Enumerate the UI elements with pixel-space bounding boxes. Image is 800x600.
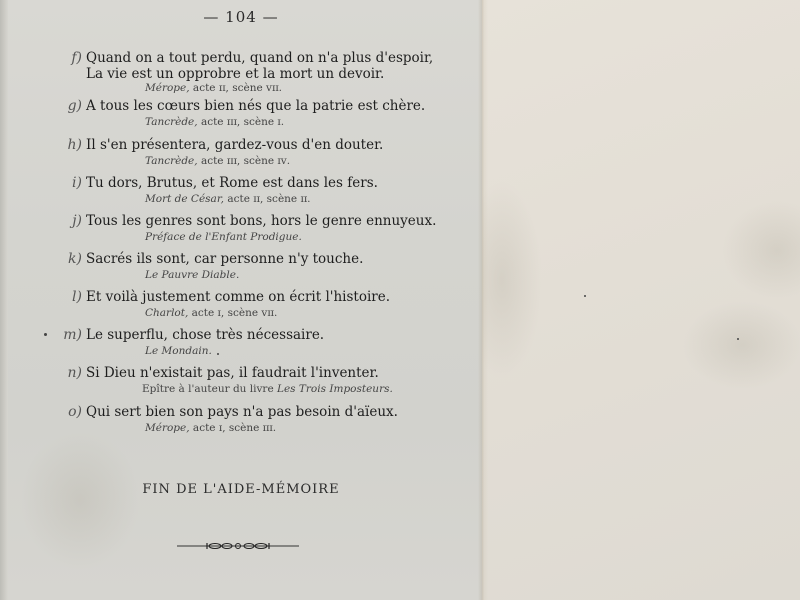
quote-text: Le superflu, chose très nécessaire. <box>86 327 324 343</box>
quote-text: A tous les cœurs bien nés que la patrie … <box>86 98 425 114</box>
paper-stain <box>722 200 800 300</box>
ink-speck <box>737 338 739 340</box>
work-title: Charlot, <box>145 307 188 319</box>
quote-line: Tous les genres sont bons, hors le genre… <box>86 213 436 229</box>
book-gutter <box>478 0 488 600</box>
quote-text: Sacrés ils sont, car personne n'y touche… <box>86 251 363 267</box>
work-title: Mérope, <box>145 422 190 434</box>
ornament-divider-icon <box>177 541 299 551</box>
entry-label: i) <box>60 175 82 191</box>
paper-stain <box>682 300 800 390</box>
entry-label: h) <box>60 137 82 153</box>
quote-line: La vie est un opprobre et la mort un dev… <box>86 66 433 82</box>
quote-source: Mort de César, acte ɪɪ, scène ɪɪ. <box>145 193 311 205</box>
work-title: Le Mondain. <box>145 345 212 357</box>
quote-text: Si Dieu n'existait pas, il faudrait l'in… <box>86 365 379 381</box>
left-page: — 104 — f) Quand on a tout perdu, quand … <box>0 0 482 600</box>
entry-label: o) <box>60 404 82 420</box>
quote-source: Préface de l'Enfant Prodigue. <box>145 231 302 243</box>
quote-line: Il s'en présentera, gardez-vous d'en dou… <box>86 137 383 153</box>
quote-line: Qui sert bien son pays n'a pas besoin d'… <box>86 404 398 420</box>
quote-line: Et voilà justement comme on écrit l'hist… <box>86 289 390 305</box>
ink-speck <box>44 333 47 336</box>
quote-text: Et voilà justement comme on écrit l'hist… <box>86 289 390 305</box>
book-spread: — 104 — f) Quand on a tout perdu, quand … <box>0 0 800 600</box>
entry-label: l) <box>60 289 82 305</box>
quote-line: Quand on a tout perdu, quand on n'a plus… <box>86 50 433 66</box>
page-edge-shadow <box>0 0 8 600</box>
quote-source: Epître à l'auteur du livre Les Trois Imp… <box>142 383 393 395</box>
act-scene: acte ɪɪ, scène ɪɪ. <box>224 193 311 205</box>
work-title: Tancrède, <box>145 116 198 128</box>
act-scene: acte ɪ, scène ɪɪɪ. <box>190 422 277 434</box>
paper-stain <box>20 430 140 570</box>
page-number: — 104 — <box>0 8 482 26</box>
quote-source: Mérope, acte ɪ, scène ɪɪɪ. <box>145 422 276 434</box>
work-title: Le Pauvre Diable. <box>145 269 239 281</box>
entry-label: m) <box>60 327 82 343</box>
act-scene: acte ɪɪɪ, scène ɪᴠ. <box>198 155 290 167</box>
work-title: Tancrède, <box>145 155 198 167</box>
quote-source: Tancrède, acte ɪɪɪ, scène ɪᴠ. <box>145 155 290 167</box>
work-title: Mérope, <box>145 82 190 94</box>
work-title: Les Trois Imposteurs. <box>277 383 393 395</box>
right-page <box>482 0 800 600</box>
entry-label: g) <box>60 98 82 114</box>
paper-stain <box>482 180 542 380</box>
act-scene: acte ɪɪɪ, scène ɪ. <box>198 116 285 128</box>
source-prefix: Epître à l'auteur du livre <box>142 383 277 395</box>
quote-source: Charlot, acte ɪ, scène ᴠɪɪ. <box>145 307 277 319</box>
quote-line: Le superflu, chose très nécessaire. <box>86 327 324 343</box>
quote-source: Le Mondain. <box>145 345 212 357</box>
work-title: Mort de César, <box>145 193 224 205</box>
quote-text: Tu dors, Brutus, et Rome est dans les fe… <box>86 175 378 191</box>
quote-line: Si Dieu n'existait pas, il faudrait l'in… <box>86 365 379 381</box>
act-scene: acte ɪ, scène ᴠɪɪ. <box>188 307 277 319</box>
entry-label: k) <box>60 251 82 267</box>
quote-line: A tous les cœurs bien nés que la patrie … <box>86 98 425 114</box>
quote-source: Tancrède, acte ɪɪɪ, scène ɪ. <box>145 116 284 128</box>
entry-label: n) <box>60 365 82 381</box>
quote-line: Sacrés ils sont, car personne n'y touche… <box>86 251 363 267</box>
end-title: FIN DE L'AIDE-MÉMOIRE <box>0 482 482 497</box>
quote-line: Tu dors, Brutus, et Rome est dans les fe… <box>86 175 378 191</box>
quote-text: Il s'en présentera, gardez-vous d'en dou… <box>86 137 383 153</box>
quote-text: Tous les genres sont bons, hors le genre… <box>86 213 436 229</box>
act-scene: acte ɪɪ, scène ᴠɪɪ. <box>190 82 282 94</box>
quote-text: Quand on a tout perdu, quand on n'a plus… <box>86 50 433 82</box>
work-title: Préface de l'Enfant Prodigue. <box>145 231 302 243</box>
quote-source: Le Pauvre Diable. <box>145 269 239 281</box>
ink-speck <box>217 353 219 355</box>
ink-speck <box>584 295 586 297</box>
quote-source: Mérope, acte ɪɪ, scène ᴠɪɪ. <box>145 82 282 94</box>
entry-label: f) <box>60 50 82 66</box>
quote-text: Qui sert bien son pays n'a pas besoin d'… <box>86 404 398 420</box>
entry-label: j) <box>60 213 82 229</box>
